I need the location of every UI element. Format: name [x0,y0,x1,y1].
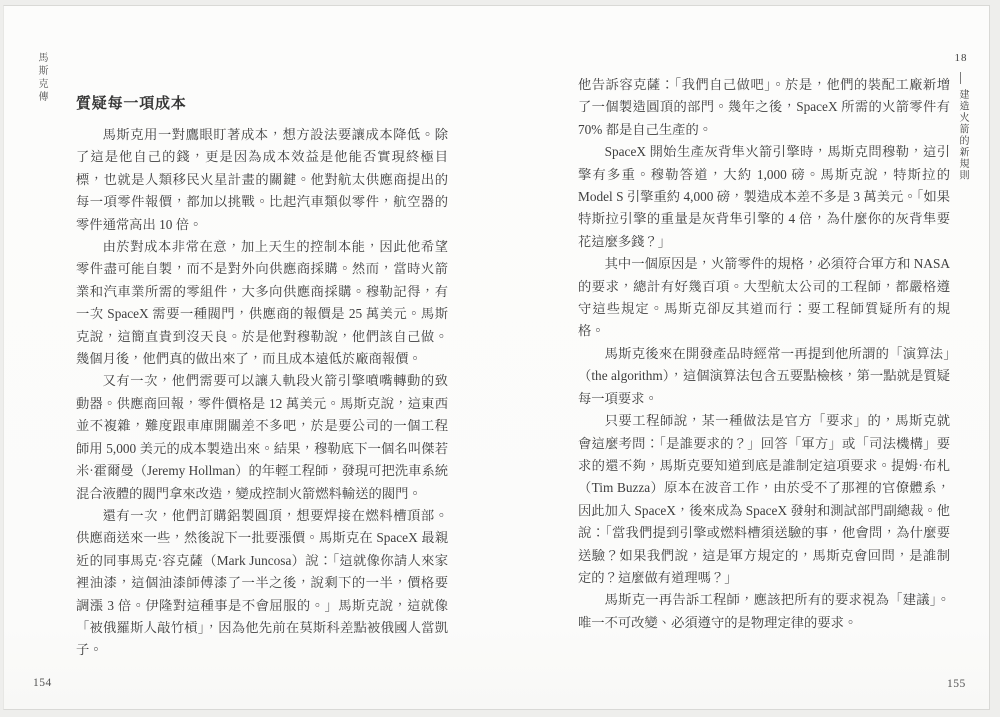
left-page-text-column: 質疑每一項成本 馬斯克用一對鷹眼盯著成本，想方設法要讓成本降低。除了這是他自己的… [76,95,448,662]
paragraph: 馬斯克一再告訴工程師，應該把所有的要求視為「建議」。唯一不可改變、必須遵守的是物… [578,589,950,634]
paragraph: 由於對成本非常在意，加上天生的控制本能，因此他希望零件盡可能自製，而不是對外向供… [76,236,448,370]
paragraph-continuation: 他告訴容克薩：「我們自己做吧」。於是，他們的裝配工廠新增了一個製造圓頂的部門。幾… [578,74,950,141]
section-heading: 質疑每一項成本 [76,95,448,114]
book-spine-title: 馬斯克傳 [31,52,49,104]
chapter-number: 18 [950,52,972,64]
paragraph: 馬斯克後來在開發產品時經常一再提到他所謂的「演算法」（the algorithm… [578,343,950,410]
paragraph: 又有一次，他們需要可以讓入軌段火箭引擎噴嘴轉動的致動器。供應商回報，零件價格是 … [76,370,448,504]
right-page-text-column: 他告訴容克薩：「我們自己做吧」。於是，他們的裝配工廠新增了一個製造圓頂的部門。幾… [578,74,950,634]
paragraph: 還有一次，他們訂購鋁製圓頂，想要焊接在燃料槽頂部。供應商送來一些，然後說下一批要… [76,505,448,662]
chapter-divider-line [960,72,961,84]
page-number-right: 155 [947,678,966,690]
page-number-left: 154 [33,677,52,689]
paragraph: 只要工程師說，某一種做法是官方「要求」的，馬斯克就會這麼考問：「是誰要求的？」回… [578,410,950,589]
paragraph: SpaceX 開始生產灰背隼火箭引擎時，馬斯克問穆勒，這引擎有多重。穆勒答道，大… [578,141,950,253]
paragraph: 馬斯克用一對鷹眼盯著成本，想方設法要讓成本降低。除了這是他自己的錢，更是因為成本… [76,124,448,236]
paragraph: 其中一個原因是，火箭零件的規格，必須符合軍方和 NASA 的要求，總計有好幾百項… [578,253,950,343]
chapter-title-vertical: 建造火箭的新規則 [952,89,970,181]
